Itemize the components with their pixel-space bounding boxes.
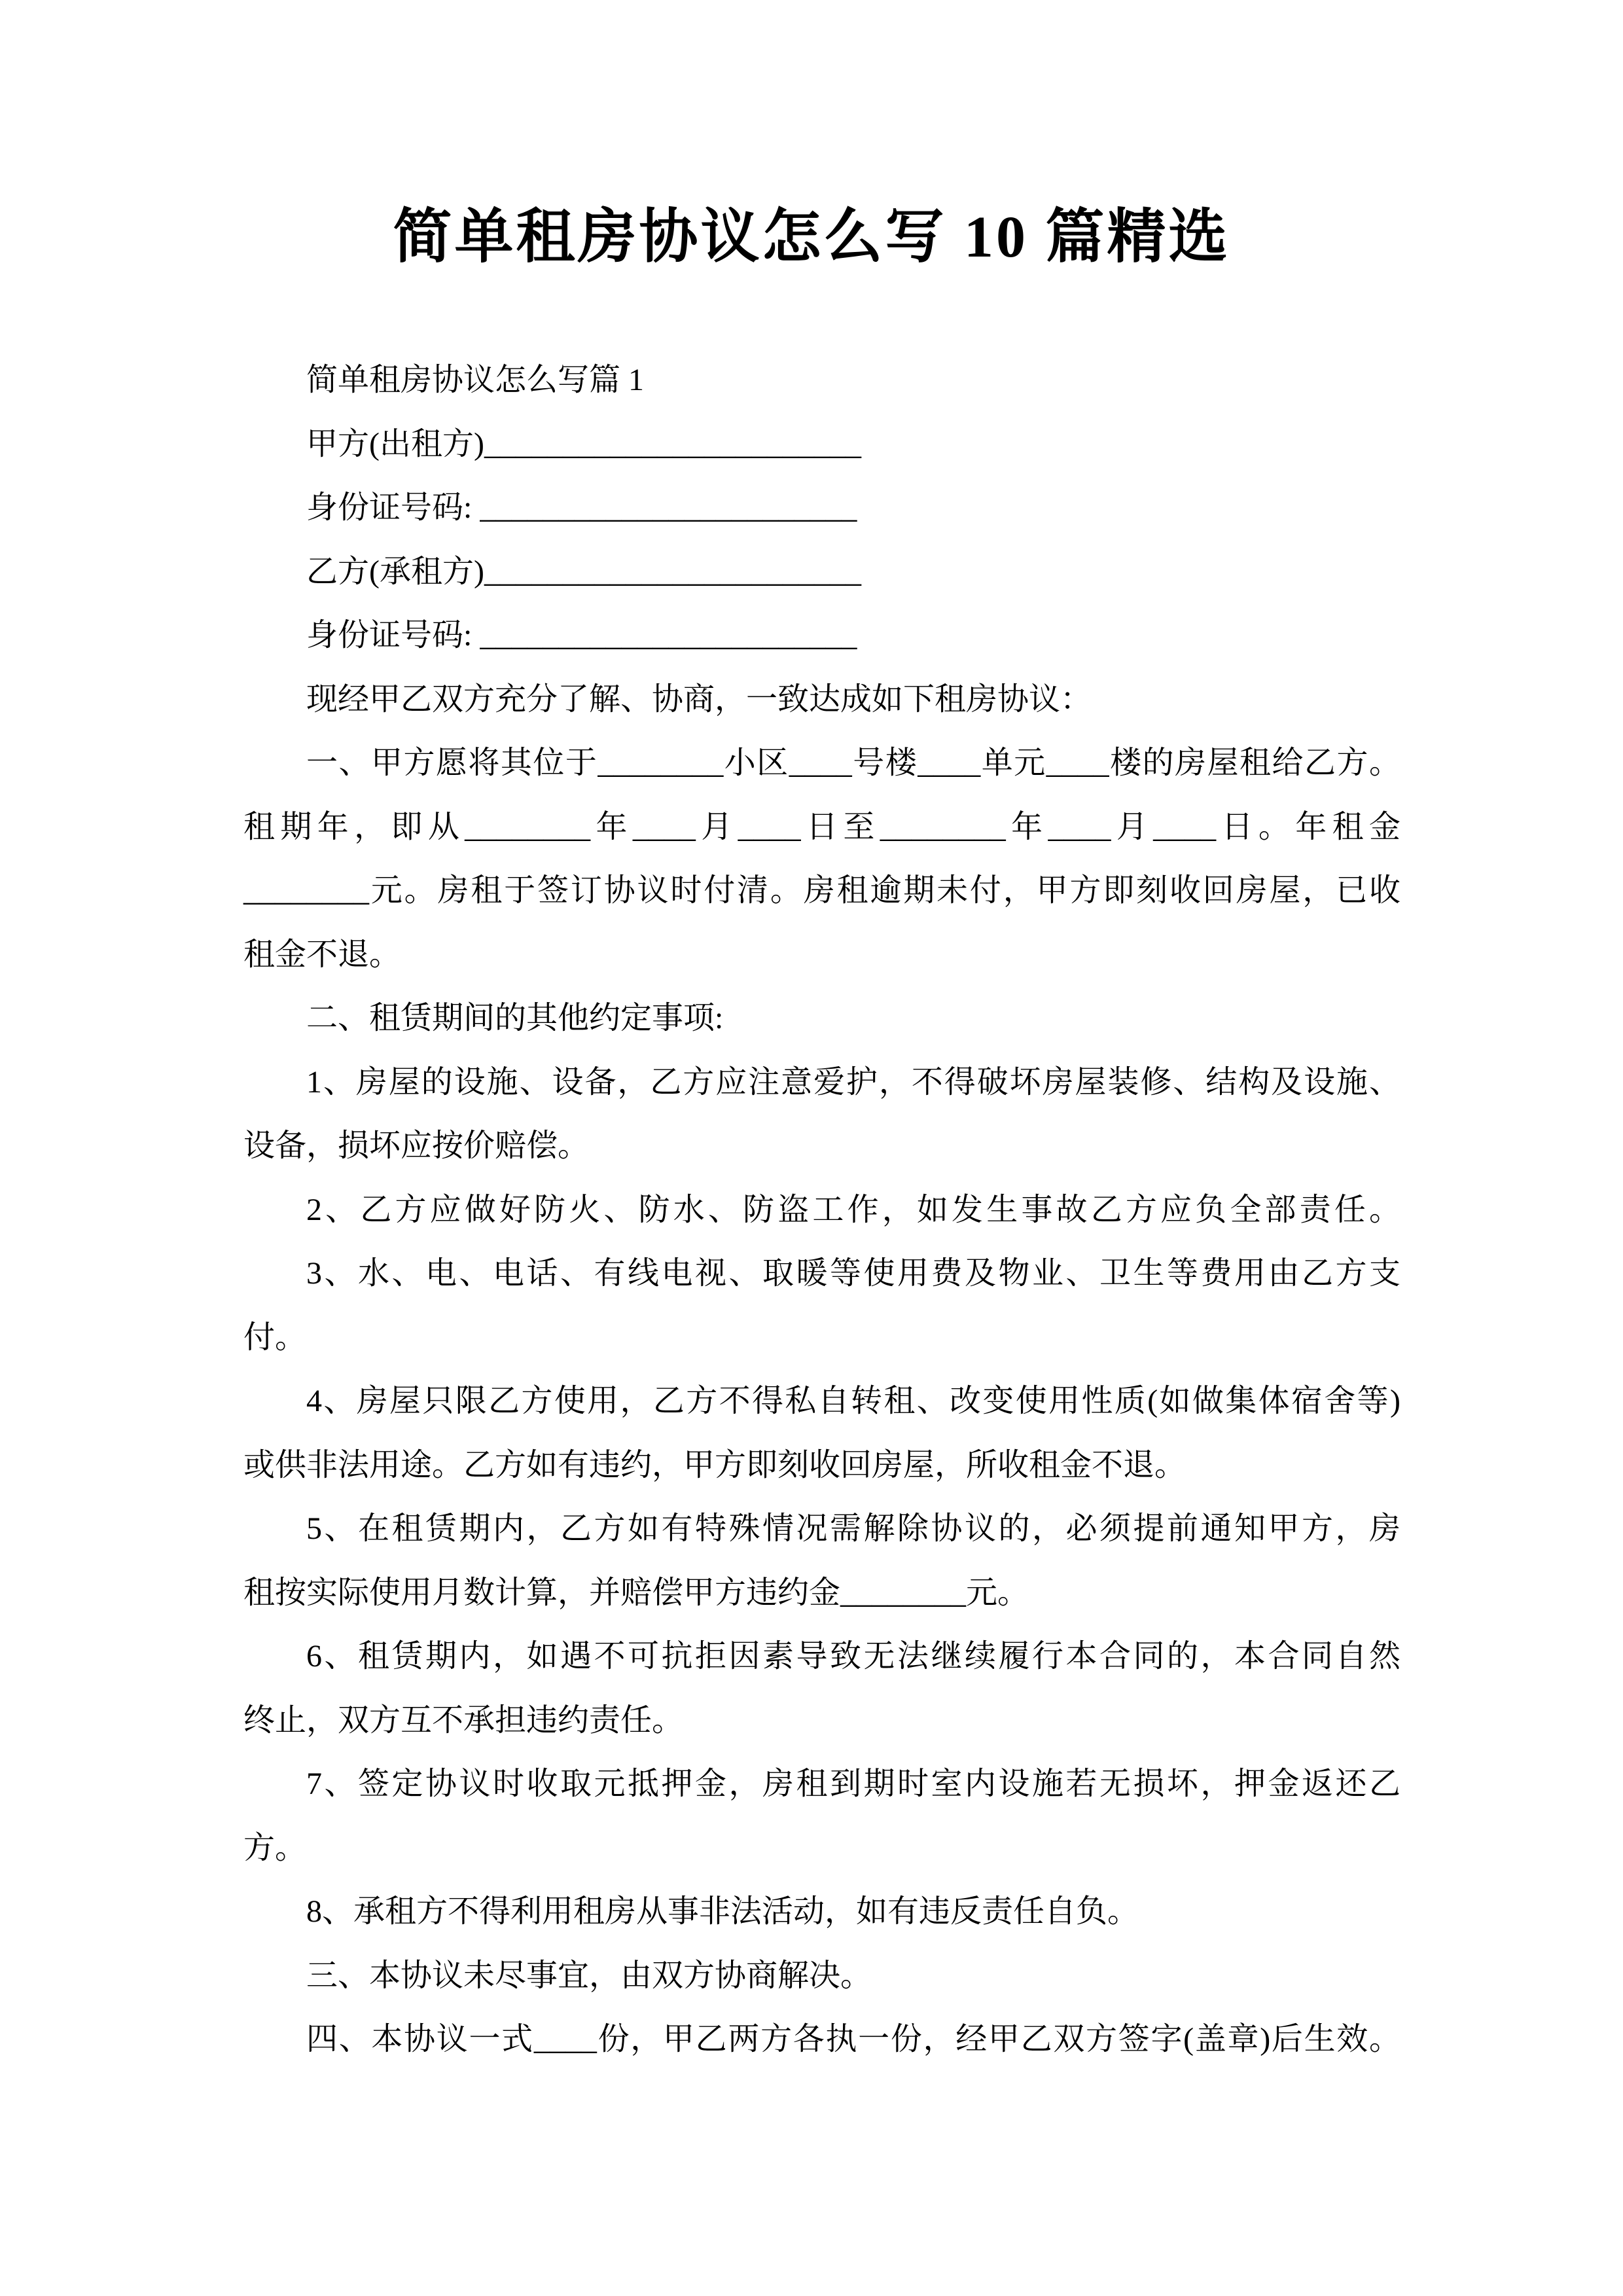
document-line: 三、本协议未尽事宜，由双方协商解决。 (243, 1944, 1400, 2008)
document-body: 简单租房协议怎么写篇 1甲方(出租方)_____________________… (243, 348, 1400, 2072)
document-line: 四、本协议一式____份，甲乙两方各执一份，经甲乙双方签字(盖章)后生效。 (243, 2007, 1400, 2072)
document-line: 设备，损坏应按价赔偿。 (243, 1114, 1400, 1178)
document-line: 3、水、电、电话、有线电视、取暖等使用费及物业、卫生等费用由乙方支 (243, 1242, 1400, 1306)
document-line: 或供非法用途。乙方如有违约，甲方即刻收回房屋，所收租金不退。 (243, 1433, 1400, 1498)
document-line: 现经甲乙双方充分了解、协商，一致达成如下租房协议： (243, 668, 1400, 732)
document-line: ________元。房租于签订协议时付清。房租逾期未付，甲方即刻收回房屋，已收 (243, 859, 1400, 923)
document-line: 租按实际使用月数计算，并赔偿甲方违约金________元。 (243, 1561, 1400, 1625)
document-line: 乙方(承租方)________________________ (243, 540, 1400, 604)
document-line: 租金不退。 (243, 923, 1400, 987)
document-line: 二、租赁期间的其他约定事项: (243, 986, 1400, 1050)
document-title: 简单租房协议怎么写 10 篇精选 (0, 208, 1623, 267)
document-line: 8、承租方不得利用租房从事非法活动，如有违反责任自负。 (243, 1880, 1400, 1944)
document-line: 5、在租赁期内，乙方如有特殊情况需解除协议的，必须提前通知甲方，房 (243, 1497, 1400, 1561)
document-line: 一、甲方愿将其位于________小区____号楼____单元____楼的房屋租… (243, 731, 1400, 795)
document-line: 方。 (243, 1816, 1400, 1880)
document-line: 2、乙方应做好防火、防水、防盗工作，如发生事故乙方应负全部责任。 (243, 1178, 1400, 1242)
document-line: 4、房屋只限乙方使用，乙方不得私自转租、改变使用性质(如做集体宿舍等) (243, 1369, 1400, 1433)
document-line: 身份证号码: ________________________ (243, 476, 1400, 540)
document-line: 身份证号码: ________________________ (243, 603, 1400, 668)
document-line: 终止，双方互不承担违约责任。 (243, 1689, 1400, 1753)
document-line: 简单租房协议怎么写篇 1 (243, 348, 1400, 412)
document-page: 简单租房协议怎么写 10 篇精选 简单租房协议怎么写篇 1甲方(出租方)____… (0, 0, 1623, 2296)
document-line: 7、签定协议时收取元抵押金，房租到期时室内设施若无损坏，押金返还乙 (243, 1752, 1400, 1816)
document-line: 6、租赁期内，如遇不可抗拒因素导致无法继续履行本合同的，本合同自然 (243, 1624, 1400, 1689)
document-line: 1、房屋的设施、设备，乙方应注意爱护，不得破坏房屋装修、结构及设施、 (243, 1050, 1400, 1115)
document-line: 租期年，即从________年____月____日至________年____月… (243, 795, 1400, 859)
document-line: 甲方(出租方)________________________ (243, 412, 1400, 476)
document-line: 付。 (243, 1306, 1400, 1370)
